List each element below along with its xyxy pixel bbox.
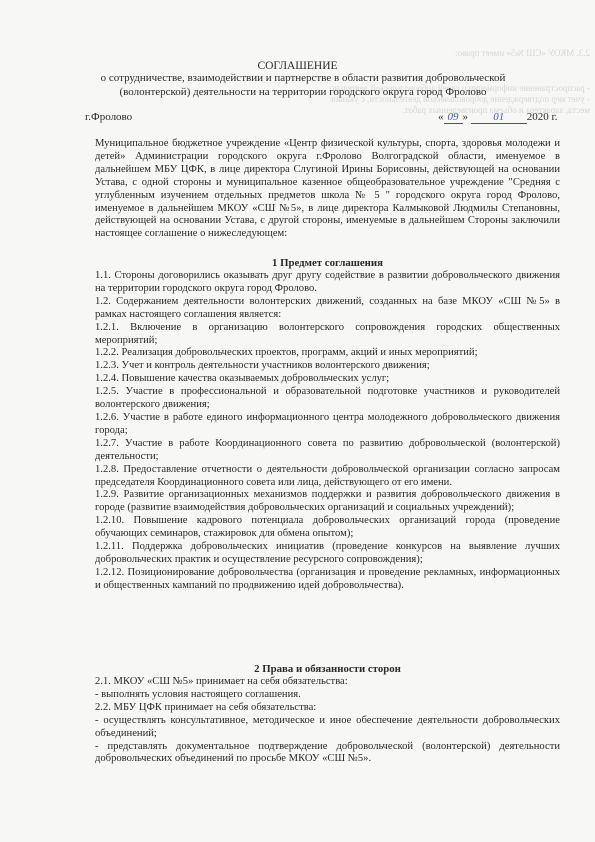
section-1-heading: 1 Предмет соглашения <box>95 257 560 269</box>
intro-paragraph: Муниципальное бюджетное учреждение «Цент… <box>95 138 560 241</box>
date-year: 2020 г. <box>527 111 558 123</box>
clause: 1.2.4. Повышение качества оказываемых до… <box>95 373 560 386</box>
clause: 1.2.8. Предоставление отчетности о деяте… <box>95 464 560 490</box>
document-page: 2.3. МКОУ «СШ №5» имеет право: - распрос… <box>0 0 595 842</box>
intro-text: Муниципальное бюджетное учреждение «Цент… <box>95 138 560 241</box>
clause: 1.2.12. Позиционирование добровольчества… <box>95 567 560 593</box>
clause: 1.2.10. Повышение кадрового потенциала д… <box>95 515 560 541</box>
clause: 2.2. МБУ ЦФК принимает на себя обязатель… <box>95 702 560 715</box>
document-date: «09» 012020 г. <box>438 111 558 124</box>
clause: 1.2.5. Участие в профессиональной и обра… <box>95 386 560 412</box>
clause: 2.1. МКОУ «СШ №5» принимает на себя обяз… <box>95 676 560 689</box>
clause: 1.2.6. Участие в работе единого информац… <box>95 412 560 438</box>
section-2-body: 2.1. МКОУ «СШ №5» принимает на себя обяз… <box>95 676 560 766</box>
clause: 1.2.11. Поддержка добровольческих инициа… <box>95 541 560 567</box>
clause: 1.2.2. Реализация добровольческих проект… <box>95 347 560 360</box>
clause: 1.2.1. Включение в организацию волонтерс… <box>95 322 560 348</box>
section-1-body: 1.1. Стороны договорились оказывать друг… <box>95 270 560 593</box>
date-day-handwritten: 09 <box>444 111 463 124</box>
date-month-handwritten: 01 <box>471 111 527 124</box>
clause: 1.2.9. Развитие организационных механизм… <box>95 489 560 515</box>
bleed-line: 2.3. МКОУ «СШ №5» имеет право: <box>330 48 590 59</box>
clause: 1.2.3. Учет и контроль деятельности учас… <box>95 360 560 373</box>
clause: - представлять документальное подтвержде… <box>95 741 560 767</box>
document-city: г.Фролово <box>85 111 132 123</box>
clause: 1.2. Содержанием деятельности волонтерск… <box>95 296 560 322</box>
clause: - выполнять условия настоящего соглашени… <box>95 689 560 702</box>
section-2-heading: 2 Права и обязанности сторон <box>95 663 560 675</box>
document-subtitle: о сотрудничестве, взаимодействии и партн… <box>88 71 518 99</box>
clause: 1.1. Стороны договорились оказывать друг… <box>95 270 560 296</box>
clause: - осуществлять консультативное, методиче… <box>95 715 560 741</box>
date-quote-close: » <box>463 111 469 123</box>
clause: 1.2.7. Участие в работе Координационного… <box>95 438 560 464</box>
